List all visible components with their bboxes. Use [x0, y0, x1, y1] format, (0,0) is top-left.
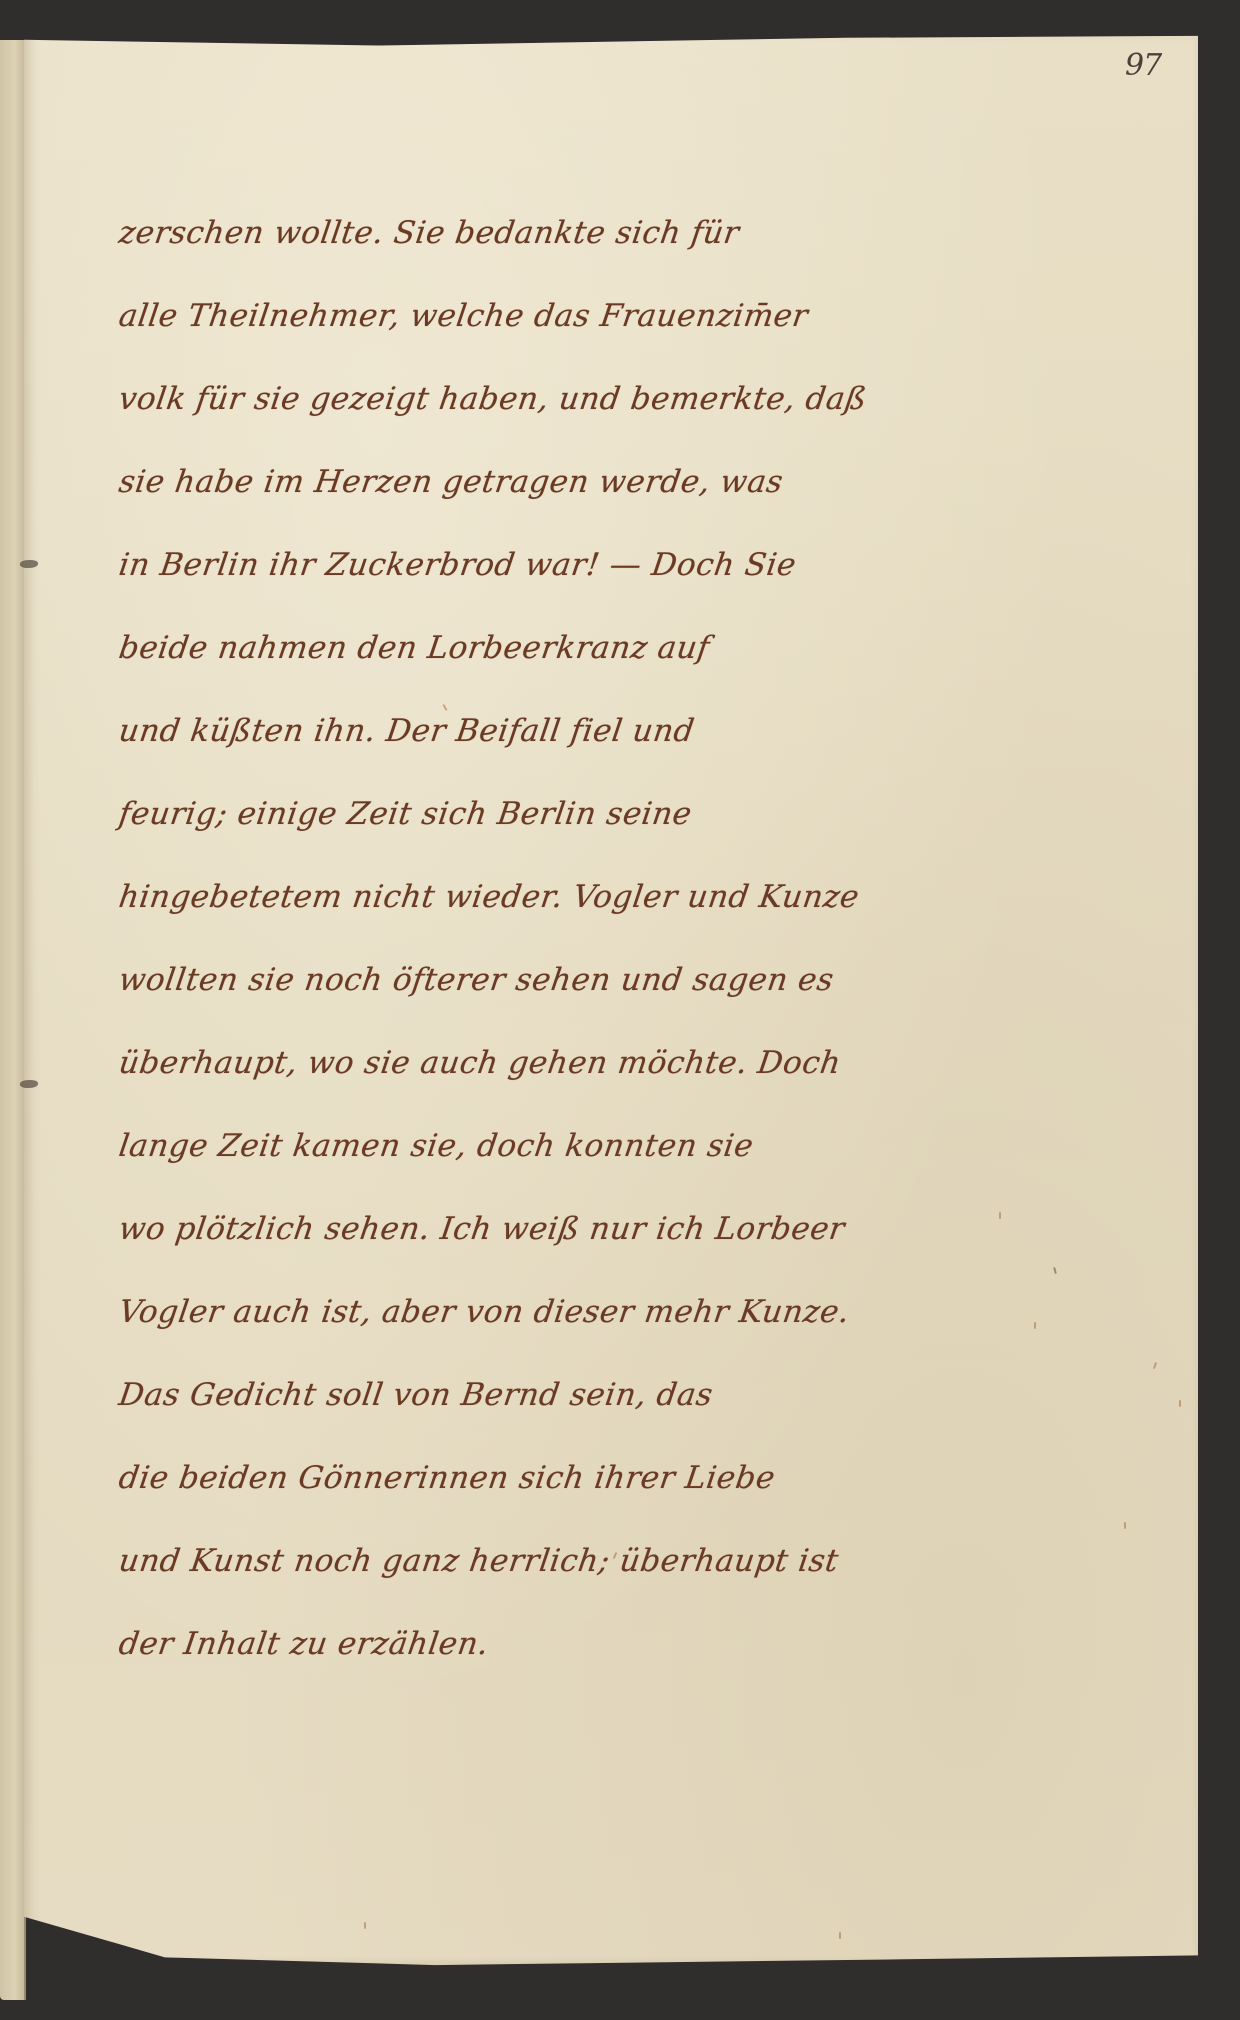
manuscript-line: überhaupt, wo sie auch gehen möchte. Doc…: [110, 1045, 952, 1128]
paper-fleck: [1053, 1267, 1057, 1274]
page-number: 97: [1125, 48, 1161, 83]
handwritten-text-block: zerschen wollte. Sie bedankte sich für a…: [110, 215, 940, 1709]
paper-fleck: [1034, 1322, 1036, 1329]
paper-fleck: [1124, 1522, 1126, 1529]
manuscript-line: und küßten ihn. Der Beifall fiel und: [110, 713, 952, 796]
binding-stitch: [20, 560, 38, 568]
previous-page-edge: [0, 40, 26, 2000]
manuscript-line: Das Gedicht soll von Bernd sein, das: [110, 1377, 952, 1460]
paper-fleck: [364, 1922, 366, 1929]
manuscript-line: volk für sie gezeigt haben, und bemerkte…: [110, 381, 952, 464]
manuscript-line: die beiden Gönnerinnen sich ihrer Liebe: [110, 1460, 952, 1543]
manuscript-line: lange Zeit kamen sie, doch konnten sie: [110, 1128, 952, 1211]
manuscript-line: hingebetetem nicht wieder. Vogler und Ku…: [110, 879, 952, 962]
manuscript-line: Vogler auch ist, aber von dieser mehr Ku…: [110, 1294, 952, 1377]
manuscript-line: alle Theilnehmer, welche das Frauenzim̄e…: [110, 298, 952, 381]
manuscript-line: wollten sie noch öfterer sehen und sagen…: [110, 962, 952, 1045]
paper-fleck: [999, 1212, 1001, 1219]
manuscript-line: zerschen wollte. Sie bedankte sich für: [110, 215, 952, 298]
paper-fleck: [1153, 1362, 1157, 1369]
manuscript-line: in Berlin ihr Zuckerbrod war! — Doch Sie: [110, 547, 952, 630]
manuscript-line: der Inhalt zu erzählen.: [110, 1626, 952, 1709]
manuscript-line: und Kunst noch ganz herrlich; überhaupt …: [110, 1543, 952, 1626]
manuscript-line: feurig; einige Zeit sich Berlin seine: [110, 796, 952, 879]
paper-fleck: [1179, 1400, 1181, 1407]
paper-fleck: [839, 1932, 841, 1939]
manuscript-line: sie habe im Herzen getragen werde, was: [110, 464, 952, 547]
manuscript-line: beide nahmen den Lorbeerkranz auf: [110, 630, 952, 713]
manuscript-line: wo plötzlich sehen. Ich weiß nur ich Lor…: [110, 1211, 952, 1294]
binding-stitch: [20, 1080, 38, 1088]
